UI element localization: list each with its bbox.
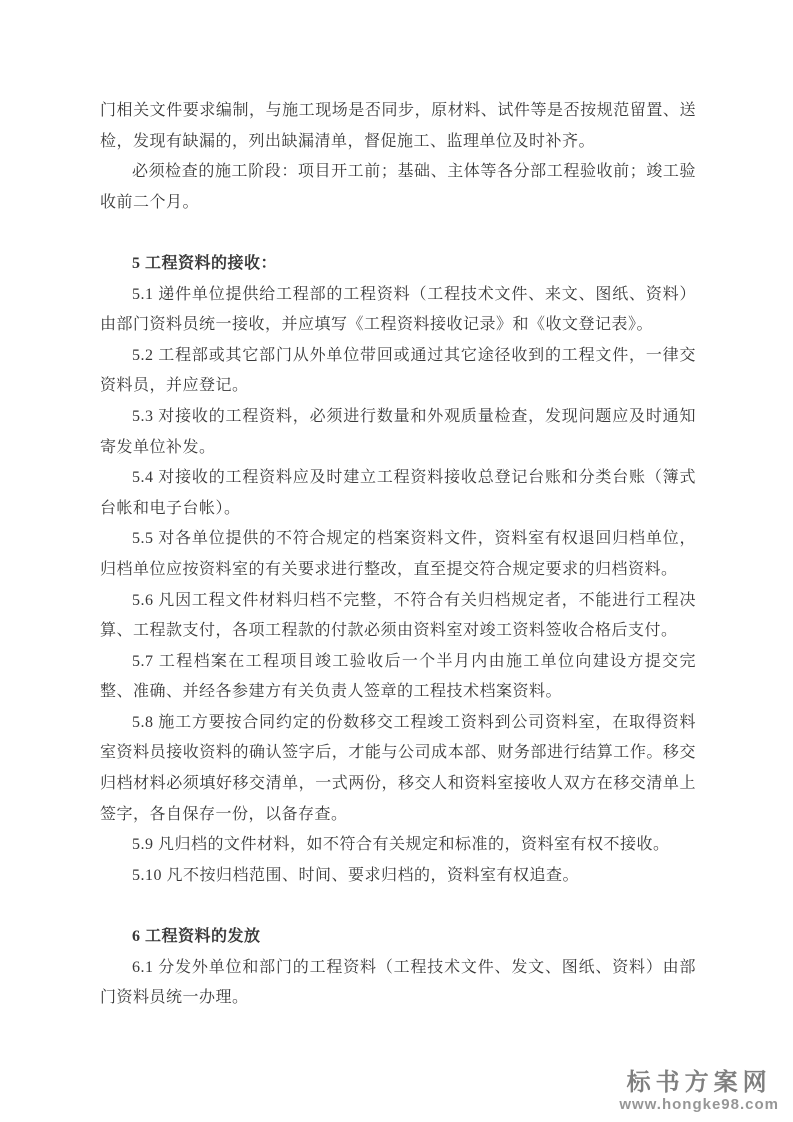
document-page: 门相关文件要求编制，与施工现场是否同步，原材料、试件等是否按规范留置、送检，发现… — [0, 0, 793, 1122]
paragraph-5-6: 5.6 凡因工程文件材料归档不完整，不符合有关归档规定者，不能进行工程决算、工程… — [100, 586, 696, 647]
paragraph-5-8: 5.8 施工方要按合同约定的份数移交工程竣工资料到公司资料室，在取得资料室资料员… — [100, 708, 696, 830]
paragraph-5-3: 5.3 对接收的工程资料，必须进行数量和外观质量检查，发现问题应及时通知寄发单位… — [100, 402, 696, 463]
paragraph-6-1: 6.1 分发外单位和部门的工程资料（工程技术文件、发文、图纸、资料）由部门资料员… — [100, 953, 696, 1014]
paragraph-intro-continuation: 门相关文件要求编制，与施工现场是否同步，原材料、试件等是否按规范留置、送检，发现… — [100, 96, 696, 157]
document-body: 门相关文件要求编制，与施工现场是否同步，原材料、试件等是否按规范留置、送检，发现… — [100, 96, 696, 1014]
paragraph-5-1: 5.1 递件单位提供给工程部的工程资料（工程技术文件、来文、图纸、资料）由部门资… — [100, 280, 696, 341]
watermark-site-name: 标书方案网 — [619, 1070, 779, 1096]
watermark-site-url: www.hongke98.com — [619, 1096, 779, 1114]
paragraph-5-7: 5.7 工程档案在工程项目竣工验收后一个半月内由施工单位向建设方提交完整、准确、… — [100, 647, 696, 708]
paragraph-inspection-stages: 必须检查的施工阶段：项目开工前；基础、主体等各分部工程验收前；竣工验收前二个月。 — [100, 157, 696, 218]
section-6-heading: 6 工程资料的发放 — [100, 922, 696, 953]
blank-line — [100, 891, 696, 922]
section-5-heading: 5 工程资料的接收： — [100, 249, 696, 280]
paragraph-5-4: 5.4 对接收的工程资料应及时建立工程资料接收总登记台账和分类台账（簿式台帐和电… — [100, 463, 696, 524]
paragraph-5-9: 5.9 凡归档的文件材料，如不符合有关规定和标准的，资料室有权不接收。 — [100, 830, 696, 861]
blank-line — [100, 218, 696, 249]
paragraph-5-2: 5.2 工程部或其它部门从外单位带回或通过其它途径收到的工程文件，一律交资料员，… — [100, 341, 696, 402]
paragraph-5-10: 5.10 凡不按归档范围、时间、要求归档的，资料室有权追查。 — [100, 861, 696, 892]
site-watermark: 标书方案网 www.hongke98.com — [619, 1070, 779, 1114]
paragraph-5-5: 5.5 对各单位提供的不符合规定的档案资料文件，资料室有权退回归档单位，归档单位… — [100, 524, 696, 585]
